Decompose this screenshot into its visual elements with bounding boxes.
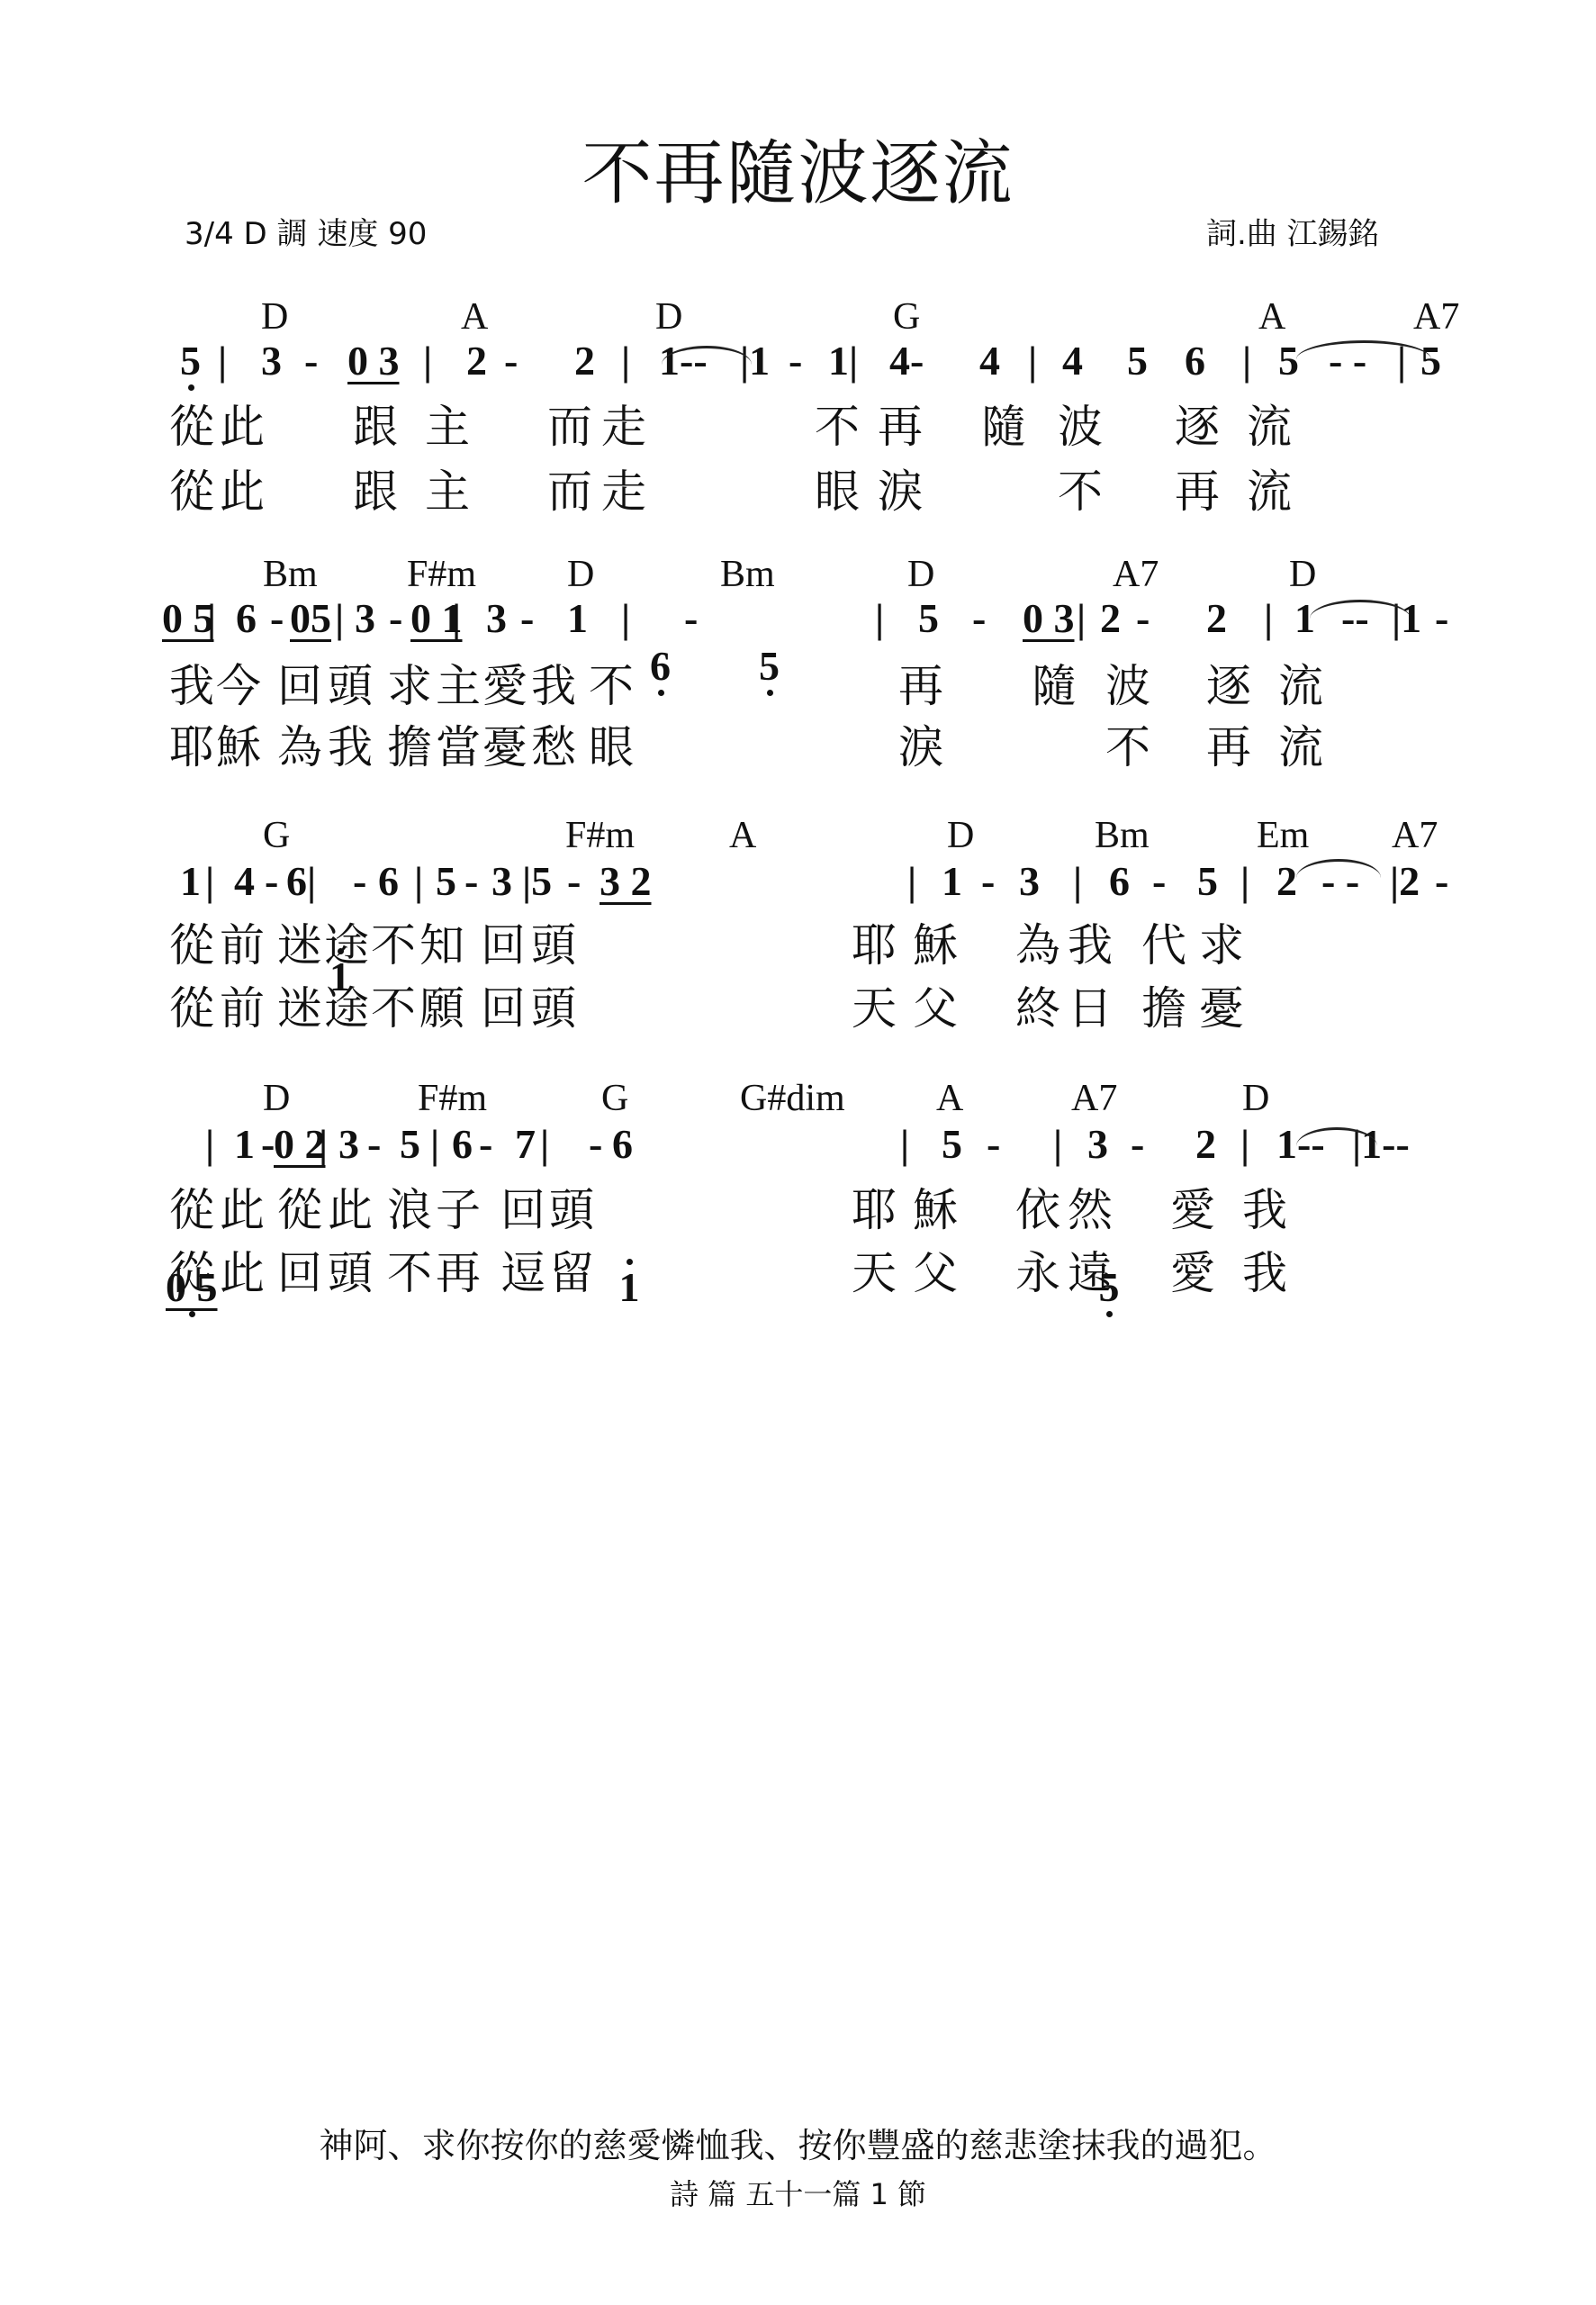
lyric-verse-1: 回 bbox=[500, 1174, 546, 1239]
lyric-verse-1: 再 bbox=[878, 391, 923, 456]
jianpu-note: 2 bbox=[574, 337, 595, 384]
jianpu-note: |5 bbox=[522, 857, 552, 905]
chord-symbol: D bbox=[655, 295, 682, 339]
lyric-verse-1: 從 bbox=[277, 1174, 322, 1239]
jianpu-note: 7 bbox=[515, 1120, 536, 1168]
lyric-verse-1: 從 bbox=[169, 1174, 214, 1239]
lyric-verse-1: 波 bbox=[1105, 650, 1150, 715]
jianpu-note: 2 bbox=[1276, 857, 1297, 905]
lyric-verse-2: 而 bbox=[547, 456, 592, 520]
lyric-verse-1: 頭 bbox=[328, 650, 373, 715]
jianpu-note: | bbox=[207, 594, 216, 642]
lyric-verse-2: 此 bbox=[220, 456, 265, 520]
lyric-verse-1: 而 bbox=[547, 391, 592, 456]
lyric-verse-1: 逐 bbox=[1206, 650, 1251, 715]
jianpu-note: |2 bbox=[1390, 857, 1420, 905]
jianpu-note: | bbox=[452, 594, 461, 642]
jianpu-note: 05 bbox=[290, 594, 331, 642]
lyric-verse-2: 遠 bbox=[1068, 1237, 1113, 1302]
lyric-verse-2: 不 bbox=[371, 972, 416, 1037]
jianpu-note: 3 2 bbox=[600, 857, 652, 905]
lyric-verse-2: 永 bbox=[1015, 1237, 1060, 1302]
lyric-verse-2: 願 bbox=[419, 972, 464, 1037]
chord-symbol: D bbox=[567, 553, 594, 596]
chord-symbol: G bbox=[263, 814, 290, 857]
chord-symbol: A7 bbox=[1071, 1077, 1117, 1120]
chord-symbol: A7 bbox=[1392, 814, 1438, 857]
lyric-verse-2: 此 bbox=[220, 1237, 265, 1302]
jianpu-note: 3 bbox=[261, 337, 282, 384]
jianpu-note: - bbox=[789, 337, 802, 384]
jianpu-note: - bbox=[367, 1120, 381, 1168]
jianpu-note: | bbox=[1073, 857, 1082, 905]
lyric-verse-2: 當 bbox=[436, 711, 481, 776]
chord-symbol: F#m bbox=[418, 1077, 487, 1120]
jianpu-note: 6 bbox=[236, 594, 257, 642]
lyric-verse-1: 主 bbox=[436, 650, 481, 715]
lyric-verse-1: 跟 bbox=[353, 391, 398, 456]
jianpu-note: | bbox=[218, 337, 227, 384]
jianpu-note: | bbox=[1028, 337, 1037, 384]
lyric-verse-1: 從 bbox=[169, 909, 214, 974]
jianpu-note: 3 bbox=[338, 1120, 359, 1168]
chord-symbol: G bbox=[893, 295, 920, 339]
jianpu-note: | bbox=[621, 594, 630, 642]
lyric-verse-2: 父 bbox=[913, 972, 958, 1037]
jianpu-note: - bbox=[479, 1120, 492, 1168]
lyric-verse-2: 逗 bbox=[500, 1237, 546, 1302]
lyric-verse-1: 我 bbox=[169, 650, 214, 715]
jianpu-note: 1 bbox=[234, 1120, 255, 1168]
lyric-verse-1: 愛 bbox=[482, 650, 527, 715]
lyric-verse-2: 頭 bbox=[328, 1237, 373, 1302]
chord-symbol: D bbox=[263, 1077, 290, 1120]
jianpu-note: 2 bbox=[466, 337, 487, 384]
chord-symbol: F#m bbox=[565, 814, 635, 857]
chord-symbol: D bbox=[947, 814, 974, 857]
time-key-tempo: 3/4 D 調 速度 90 bbox=[185, 209, 427, 253]
lyric-verse-2: 終 bbox=[1015, 972, 1060, 1037]
jianpu-note: 5 bbox=[942, 1120, 962, 1168]
lyric-verse-2: 淚 bbox=[898, 711, 943, 776]
jianpu-note: 1 bbox=[567, 594, 588, 642]
jianpu-note: - bbox=[684, 594, 698, 642]
lyric-verse-1: 此 bbox=[328, 1174, 373, 1239]
lyric-verse-1: 我 bbox=[1068, 909, 1113, 974]
jianpu-note: 0 3 bbox=[1023, 594, 1075, 642]
jianpu-note: | bbox=[540, 1120, 549, 1168]
jianpu-note: | bbox=[621, 337, 630, 384]
lyric-verse-2: 淚 bbox=[878, 456, 923, 520]
lyric-verse-1: 逐 bbox=[1175, 391, 1220, 456]
lyric-verse-2: 流 bbox=[1278, 711, 1323, 776]
lyric-verse-2: 憂 bbox=[482, 711, 527, 776]
chord-symbol: D bbox=[261, 295, 288, 339]
chord-symbol: D bbox=[1242, 1077, 1269, 1120]
jianpu-note: 5 bbox=[436, 857, 456, 905]
lyric-verse-2: 擔 bbox=[387, 711, 432, 776]
jianpu-note: 2 bbox=[1206, 594, 1227, 642]
jianpu-note: | bbox=[1264, 594, 1273, 642]
lyric-verse-1: 穌 bbox=[913, 1174, 958, 1239]
lyric-verse-2: 父 bbox=[913, 1237, 958, 1302]
lyric-verse-1: 愛 bbox=[1170, 1174, 1215, 1239]
lyric-verse-2: 愛 bbox=[1170, 1237, 1215, 1302]
jianpu-note: 5 bbox=[1278, 337, 1299, 384]
jianpu-note: - bbox=[972, 594, 986, 642]
jianpu-note: 1 bbox=[180, 857, 201, 905]
lyric-verse-2: 再 bbox=[1175, 456, 1220, 520]
lyric-verse-1: 依 bbox=[1015, 1174, 1060, 1239]
lyric-verse-2: 從 bbox=[169, 972, 214, 1037]
footer-reference: 詩 篇 五十一篇 1 節 bbox=[0, 2172, 1596, 2213]
jianpu-note: 5 bbox=[1127, 337, 1148, 384]
jianpu-note: - bbox=[1131, 1120, 1144, 1168]
lyric-verse-2: 愁 bbox=[531, 711, 576, 776]
lyric-verse-2: 前 bbox=[220, 972, 265, 1037]
jianpu-note: | bbox=[907, 857, 916, 905]
lyric-verse-2: 耶 bbox=[169, 711, 214, 776]
jianpu-note: 6 bbox=[1185, 337, 1205, 384]
chord-symbol: A bbox=[461, 295, 488, 339]
jianpu-note: 6 bbox=[452, 1120, 473, 1168]
lyric-verse-1: 走 bbox=[601, 391, 646, 456]
jianpu-note: - bbox=[504, 337, 518, 384]
jianpu-note: 3 bbox=[486, 594, 507, 642]
song-title: 不再隨波逐流 bbox=[0, 117, 1596, 218]
jianpu-note: - bbox=[270, 594, 284, 642]
lyric-verse-2: 眼 bbox=[815, 456, 860, 520]
chord-symbol: G#dim bbox=[740, 1077, 845, 1120]
lyric-verse-1: 然 bbox=[1068, 1174, 1113, 1239]
lyric-verse-2: 我 bbox=[1242, 1237, 1287, 1302]
chord-symbol: G bbox=[601, 1077, 628, 1120]
jianpu-note: 5 bbox=[1197, 857, 1218, 905]
jianpu-note: - bbox=[987, 1120, 1000, 1168]
lyric-verse-1: 求 bbox=[1199, 909, 1244, 974]
chord-symbol: Em bbox=[1257, 814, 1309, 857]
jianpu-note: 4 bbox=[234, 857, 255, 905]
jianpu-note: 6 bbox=[378, 857, 399, 905]
lyric-verse-1: 頭 bbox=[531, 909, 576, 974]
jianpu-note: | bbox=[1077, 594, 1086, 642]
jianpu-note: | bbox=[335, 594, 344, 642]
lyric-verse-2: 從 bbox=[169, 456, 214, 520]
jianpu-note: 0 2 bbox=[274, 1120, 326, 1168]
lyric-verse-1: 流 bbox=[1278, 650, 1323, 715]
jianpu-note: | bbox=[319, 1120, 328, 1168]
lyric-verse-1: 隨 bbox=[981, 391, 1026, 456]
lyric-verse-1: 代 bbox=[1141, 909, 1186, 974]
jianpu-note: 6 bbox=[650, 643, 671, 689]
chord-symbol: D bbox=[907, 553, 934, 596]
jianpu-note: - bbox=[981, 857, 995, 905]
lyric-verse-1: 耶 bbox=[852, 1174, 897, 1239]
lyric-verse-1: 頭 bbox=[549, 1174, 594, 1239]
chord-symbol: A7 bbox=[1413, 295, 1459, 339]
jianpu-note: 4 bbox=[1062, 337, 1083, 384]
lyric-verse-1: 求 bbox=[387, 650, 432, 715]
lyric-verse-2: 穌 bbox=[216, 711, 261, 776]
jianpu-note: - bbox=[389, 594, 402, 642]
lyric-verse-1: 為 bbox=[1015, 909, 1060, 974]
lyric-verse-2: 再 bbox=[1206, 711, 1251, 776]
jianpu-note: 0 3 bbox=[347, 337, 400, 384]
lyric-verse-2: 不 bbox=[1058, 456, 1103, 520]
lyric-verse-2: 回 bbox=[481, 972, 526, 1037]
jianpu-note: - bbox=[1435, 857, 1448, 905]
lyric-verse-2: 我 bbox=[328, 711, 373, 776]
jianpu-note: 6 bbox=[1109, 857, 1130, 905]
tie-slur bbox=[1296, 340, 1431, 359]
jianpu-note: - bbox=[1136, 594, 1150, 642]
lyric-verse-2: 天 bbox=[852, 972, 897, 1037]
chord-symbol: D bbox=[1289, 553, 1316, 596]
lyric-verse-1: 我 bbox=[1242, 1174, 1287, 1239]
lyric-verse-2: 擔 bbox=[1141, 972, 1186, 1037]
chord-symbol: A7 bbox=[1113, 553, 1159, 596]
jianpu-note: - bbox=[520, 594, 534, 642]
lyric-verse-2: 天 bbox=[852, 1237, 897, 1302]
jianpu-note: 3 bbox=[1019, 857, 1040, 905]
score-system: BmF#mDBmDA7D0 5|6-05|3-0 1|3-1|6-5|5-0 3… bbox=[0, 48, 1596, 95]
score-system: DADGAA75|3-0 3|2-2|1--|1-1|4-4|456|5- -|… bbox=[0, 0, 1596, 48]
jianpu-note: 6 bbox=[612, 1120, 633, 1168]
lyric-verse-2: 流 bbox=[1247, 456, 1292, 520]
lyric-verse-1: 知 bbox=[419, 909, 464, 974]
jianpu-note: | bbox=[900, 1120, 909, 1168]
lyric-verse-1: 不 bbox=[815, 391, 860, 456]
jianpu-note: - bbox=[567, 857, 581, 905]
jianpu-note: 2 bbox=[1195, 1120, 1216, 1168]
lyric-verse-1: 隨 bbox=[1032, 650, 1077, 715]
lyric-verse-2: 走 bbox=[601, 456, 646, 520]
footer-verse: 神阿、求你按你的慈愛憐恤我、按你豐盛的慈悲塗抹我的過犯。 bbox=[0, 2118, 1596, 2167]
jianpu-note: 1| bbox=[828, 337, 858, 384]
chord-symbol: Bm bbox=[1095, 814, 1150, 857]
lyric-verse-1: 流 bbox=[1247, 391, 1292, 456]
composer-credit: 詞.曲 江錫銘 bbox=[1206, 209, 1379, 253]
lyric-verse-2: 憂 bbox=[1199, 972, 1244, 1037]
jianpu-note: | bbox=[414, 857, 423, 905]
jianpu-note: | bbox=[1242, 337, 1251, 384]
jianpu-note: 3 bbox=[355, 594, 375, 642]
jianpu-note: 1 bbox=[942, 857, 962, 905]
lyric-verse-1: 主 bbox=[425, 391, 470, 456]
jianpu-note: | bbox=[423, 337, 432, 384]
jianpu-note: 4- bbox=[889, 337, 924, 384]
lyric-verse-1: 途 bbox=[324, 909, 369, 974]
jianpu-note: | bbox=[205, 857, 214, 905]
chord-symbol: A bbox=[1258, 295, 1285, 339]
jianpu-note: 5 bbox=[759, 643, 780, 689]
lyric-verse-1: 不 bbox=[589, 650, 634, 715]
lyric-verse-2: 日 bbox=[1068, 972, 1113, 1037]
jianpu-note: 5 bbox=[918, 594, 939, 642]
lyric-verse-1: 我 bbox=[531, 650, 576, 715]
lyric-verse-2: 迷 bbox=[277, 972, 322, 1037]
lyric-verse-1: 此 bbox=[220, 391, 265, 456]
jianpu-note: | bbox=[430, 1120, 439, 1168]
chord-symbol: F#m bbox=[407, 553, 476, 596]
jianpu-note: 2 bbox=[1100, 594, 1121, 642]
lyric-verse-2: 再 bbox=[436, 1237, 481, 1302]
lyric-verse-1: 穌 bbox=[913, 909, 958, 974]
lyric-verse-1: 回 bbox=[481, 909, 526, 974]
lyric-verse-1: 耶 bbox=[852, 909, 897, 974]
lyric-verse-2: 回 bbox=[277, 1237, 322, 1302]
tie-slur bbox=[1296, 859, 1381, 878]
lyric-verse-2: 眼 bbox=[589, 711, 634, 776]
lyric-verse-2: 留 bbox=[549, 1237, 594, 1302]
jianpu-note: 1 bbox=[619, 1264, 640, 1310]
chord-symbol: Bm bbox=[720, 553, 775, 596]
lyric-verse-1: 前 bbox=[220, 909, 265, 974]
lyric-verse-2: 不 bbox=[1105, 711, 1150, 776]
jianpu-note: 5 bbox=[1420, 337, 1441, 384]
jianpu-note: - bbox=[1152, 857, 1166, 905]
lyric-verse-1: 波 bbox=[1058, 391, 1103, 456]
lyric-verse-2: 為 bbox=[277, 711, 322, 776]
jianpu-note: - bbox=[353, 857, 366, 905]
jianpu-note: - bbox=[1435, 594, 1448, 642]
jianpu-note: 6| bbox=[286, 857, 316, 905]
lyric-verse-1: 今 bbox=[216, 650, 261, 715]
lyric-verse-2: 不 bbox=[387, 1237, 432, 1302]
jianpu-note: | bbox=[1053, 1120, 1062, 1168]
lyric-verse-2: 途 bbox=[324, 972, 369, 1037]
jianpu-note: 5 bbox=[400, 1120, 420, 1168]
lyric-verse-1: 回 bbox=[277, 650, 322, 715]
lyric-verse-1: 從 bbox=[169, 391, 214, 456]
lyric-verse-1: 浪 bbox=[387, 1174, 432, 1239]
lyric-verse-1: 再 bbox=[898, 650, 943, 715]
jianpu-note: | bbox=[875, 594, 884, 642]
jianpu-note: 0 5 bbox=[162, 594, 214, 642]
lyric-verse-2: 從 bbox=[169, 1237, 214, 1302]
jianpu-note: - bbox=[464, 857, 478, 905]
lyric-verse-1: 此 bbox=[220, 1174, 265, 1239]
chord-symbol: Bm bbox=[263, 553, 318, 596]
jianpu-note: | bbox=[205, 1120, 214, 1168]
jianpu-note: 4 bbox=[979, 337, 1000, 384]
chord-symbol: A bbox=[936, 1077, 963, 1120]
jianpu-note: 5 bbox=[180, 338, 201, 384]
lyric-verse-1: 不 bbox=[371, 909, 416, 974]
jianpu-note: 3 bbox=[1087, 1120, 1108, 1168]
jianpu-note: - bbox=[304, 337, 318, 384]
jianpu-note: | bbox=[1240, 857, 1249, 905]
jianpu-note: 3 bbox=[491, 857, 512, 905]
chord-symbol: A bbox=[729, 814, 756, 857]
lyric-verse-1: 子 bbox=[436, 1174, 481, 1239]
lyric-verse-2: 頭 bbox=[531, 972, 576, 1037]
jianpu-note: - bbox=[265, 857, 278, 905]
jianpu-note: - bbox=[589, 1120, 602, 1168]
lyric-verse-2: 主 bbox=[425, 456, 470, 520]
lyric-verse-1: 迷 bbox=[277, 909, 322, 974]
lyric-verse-2: 跟 bbox=[353, 456, 398, 520]
jianpu-note: | bbox=[1240, 1120, 1249, 1168]
